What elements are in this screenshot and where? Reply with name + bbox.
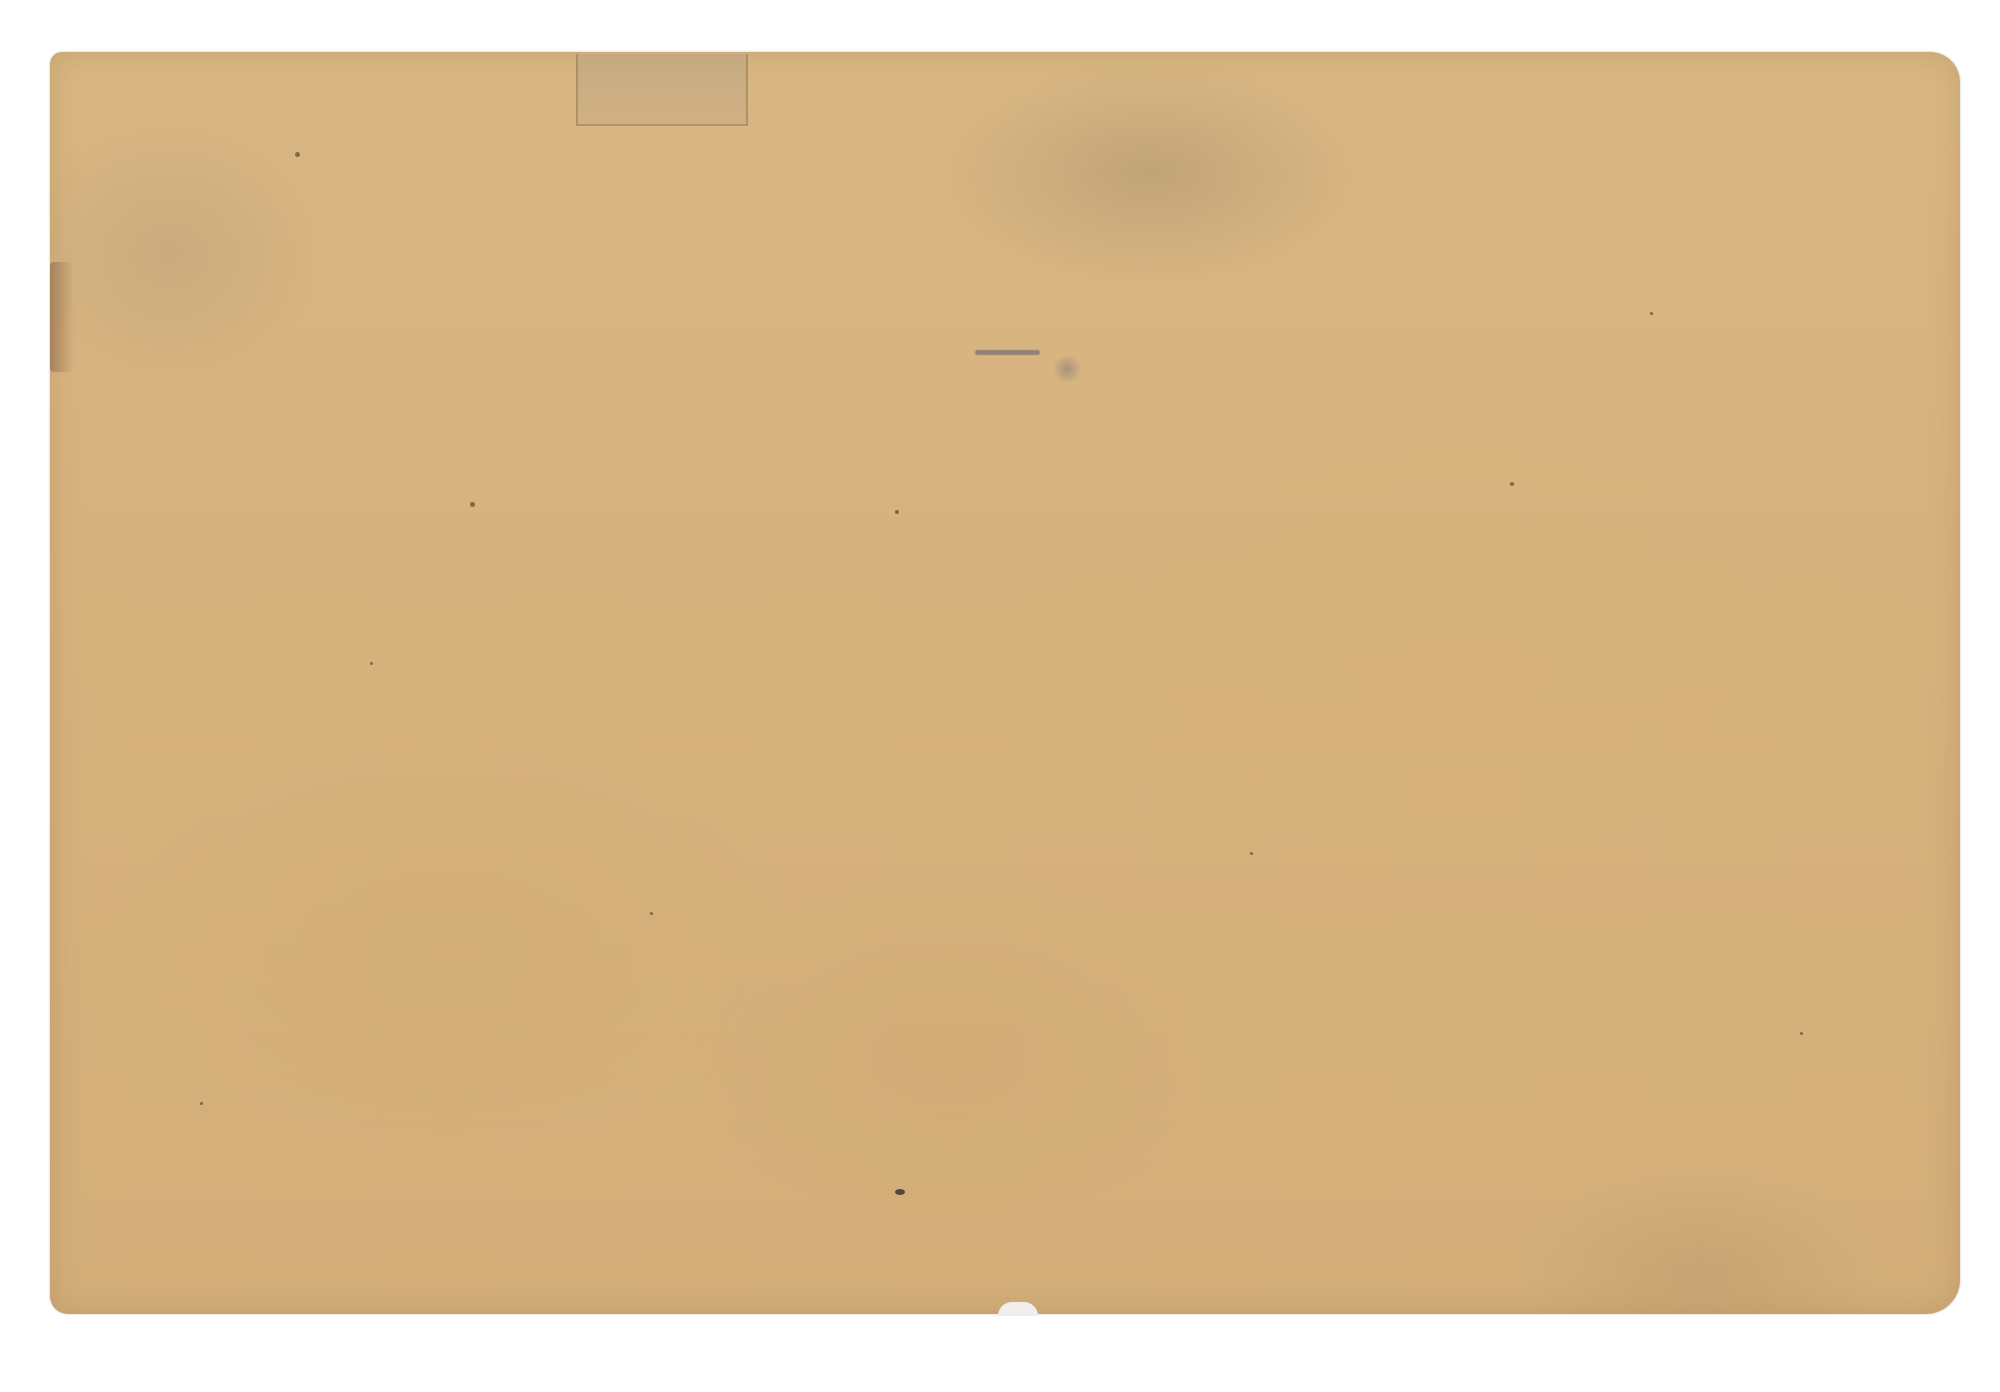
speck: [470, 502, 475, 507]
speck: [1510, 482, 1514, 486]
speck: [1800, 1032, 1803, 1035]
speck: [895, 1189, 905, 1195]
speck: [1250, 852, 1253, 855]
bottom-edge-chip: [998, 1302, 1038, 1316]
ink-smudge: [975, 350, 1040, 355]
aged-paper-sheet: [50, 52, 1960, 1314]
speck: [1650, 312, 1653, 315]
photo-stage: [0, 0, 2000, 1392]
speck: [295, 152, 300, 157]
speck: [200, 1102, 203, 1105]
speck: [370, 662, 373, 665]
tape-patch: [576, 54, 748, 126]
left-edge-stain: [50, 262, 74, 372]
ink-blot: [1052, 355, 1082, 383]
speck: [895, 510, 899, 514]
speck: [650, 912, 653, 915]
